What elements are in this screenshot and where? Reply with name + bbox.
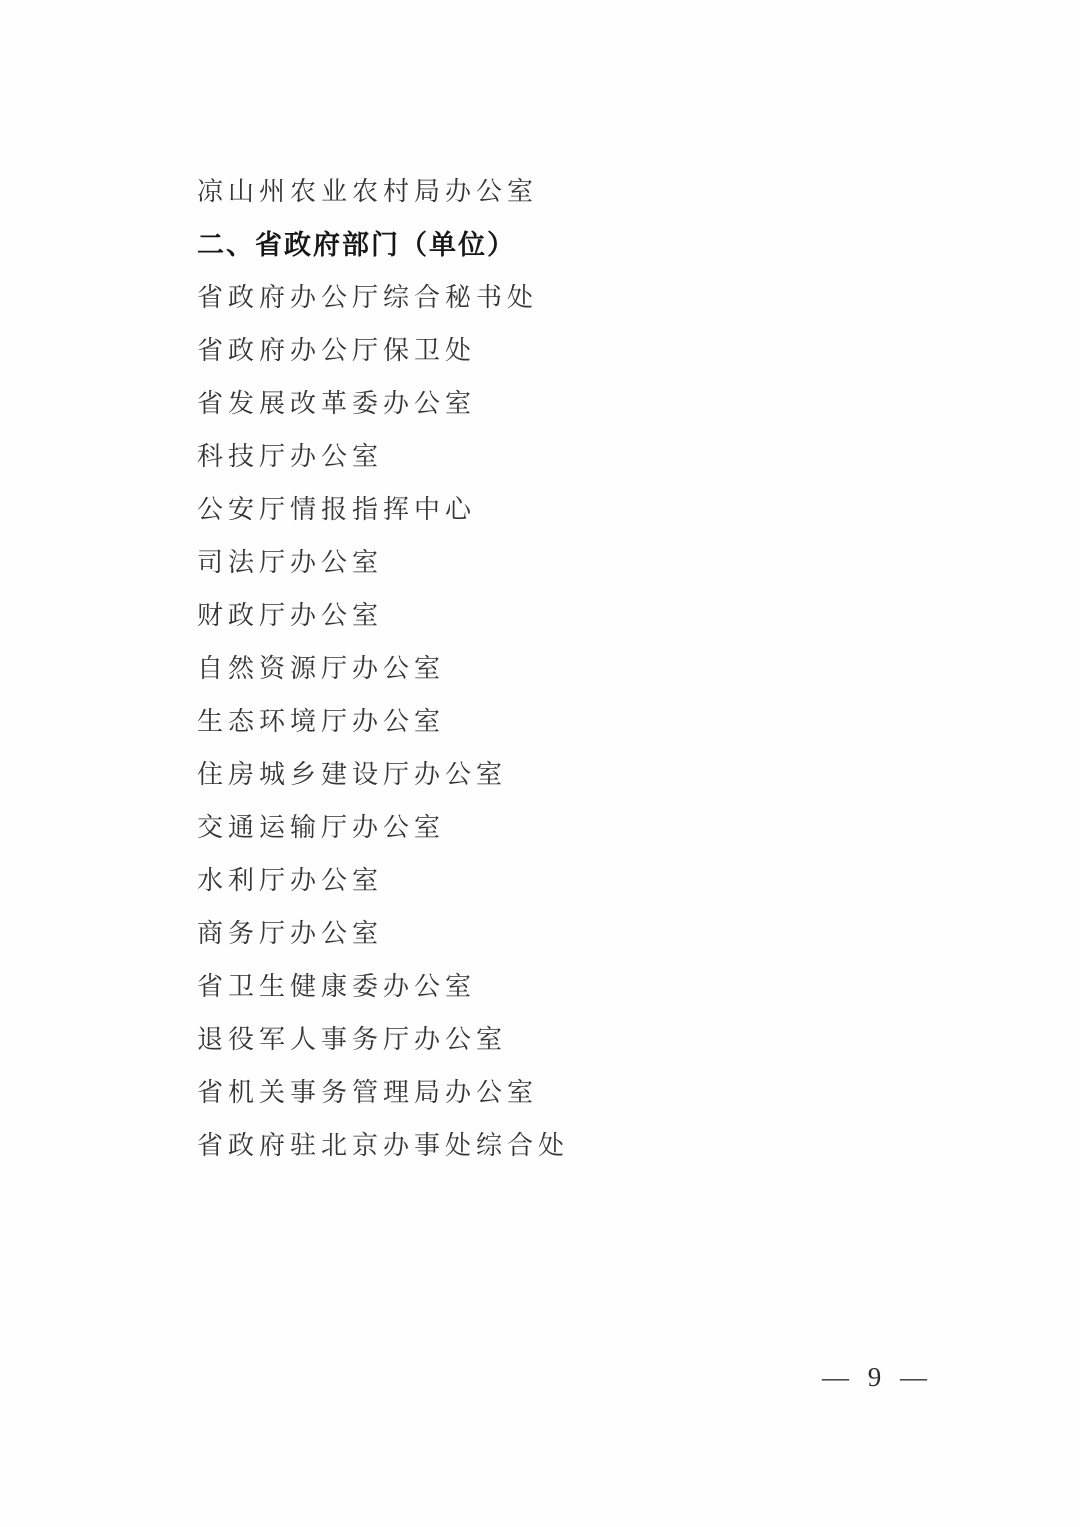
department-line-beijing-office: 省政府驻北京办事处综合处 [197, 1117, 569, 1170]
department-line-health-commission: 省卫生健康委办公室 [197, 958, 569, 1011]
department-line-general-office-security: 省政府办公厅保卫处 [197, 322, 569, 375]
department-line-liangshan-agriculture: 凉山州农业农村局办公室 [197, 163, 569, 216]
department-line-veterans-affairs: 退役军人事务厅办公室 [197, 1011, 569, 1064]
department-line-finance: 财政厅办公室 [197, 587, 569, 640]
department-line-development-reform: 省发展改革委办公室 [197, 375, 569, 428]
department-line-public-security-intel: 公安厅情报指挥中心 [197, 481, 569, 534]
department-line-water-resources: 水利厅办公室 [197, 852, 569, 905]
department-line-natural-resources: 自然资源厅办公室 [197, 640, 569, 693]
department-line-commerce: 商务厅办公室 [197, 905, 569, 958]
department-line-government-offices-admin: 省机关事务管理局办公室 [197, 1064, 569, 1117]
department-line-justice: 司法厅办公室 [197, 534, 569, 587]
department-line-transport: 交通运输厅办公室 [197, 799, 569, 852]
page-number: — 9 — [822, 1362, 928, 1393]
department-line-housing-construction: 住房城乡建设厅办公室 [197, 746, 569, 799]
department-line-ecology-environment: 生态环境厅办公室 [197, 693, 569, 746]
document-page: 凉山州农业农村局办公室 二、省政府部门（单位） 省政府办公厅综合秘书处 省政府办… [0, 0, 1080, 1527]
section-heading-provincial-departments: 二、省政府部门（单位） [197, 216, 569, 269]
department-list: 凉山州农业农村局办公室 二、省政府部门（单位） 省政府办公厅综合秘书处 省政府办… [197, 163, 569, 1170]
department-line-science-technology: 科技厅办公室 [197, 428, 569, 481]
department-line-general-office-secretariat: 省政府办公厅综合秘书处 [197, 269, 569, 322]
